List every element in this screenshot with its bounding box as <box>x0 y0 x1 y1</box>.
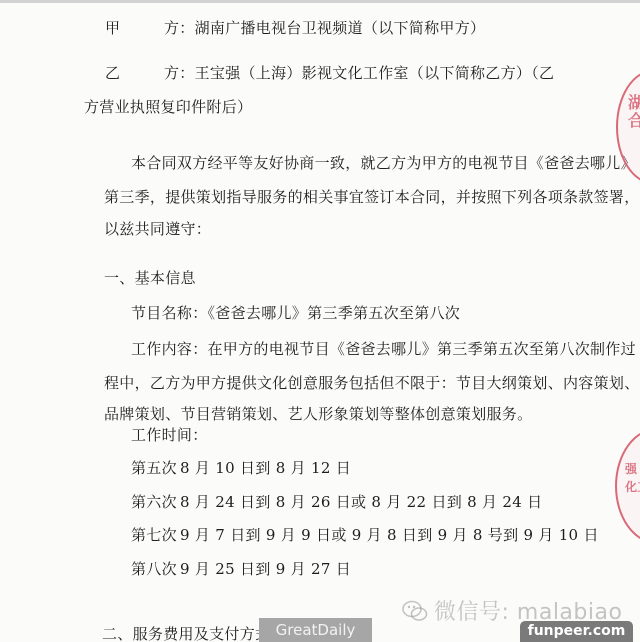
program-name: 节目名称：《爸爸去哪儿》第三季第五次至第八次 <box>131 303 460 323</box>
party-b-text: 方：王宝强（上海）影视文化工作室（以下简称乙方）（乙 <box>164 63 554 83</box>
section-1-heading: 一、基本信息 <box>104 268 196 288</box>
work-content-line-3: 品牌策划、节目营销策划、艺人形象策划等整体创意策划服务。 <box>104 404 532 424</box>
schedule-dates: 8 月 10 日到 8 月 12 日 <box>180 458 351 478</box>
schedule-session: 第六次 <box>131 492 177 512</box>
seal-top-text: 湖 合 <box>628 94 640 130</box>
preamble-line-1: 本合同双方经平等友好协商一致，就乙方为甲方的电视节目《爸爸去哪儿》 <box>131 153 636 173</box>
work-content-line-1: 工作内容：在甲方的电视节目《爸爸去哪儿》第三季第五次至第八次制作过 <box>131 339 636 359</box>
wechat-icon <box>402 600 428 622</box>
party-a-label: 甲 <box>105 18 120 38</box>
page-top-border <box>0 0 640 3</box>
schedule-dates: 9 月 25 日到 9 月 27 日 <box>180 559 351 579</box>
schedule-session: 第五次 <box>131 458 177 478</box>
section-2-heading: 二、服务费用及支付方式 <box>102 624 270 642</box>
schedule-dates: 9 月 7 日到 9 月 9 日或 9 月 8 日到 9 月 8 号到 9 月 … <box>180 525 599 545</box>
funpeer-badge: funpeer.com <box>520 621 633 642</box>
work-time-label: 工作时间： <box>131 425 208 445</box>
party-b-label: 乙 <box>105 63 120 83</box>
company-seal-bottom: 强 化工 <box>615 428 640 544</box>
schedule-dates: 8 月 24 日到 8 月 26 日或 8 月 22 日到 8 月 24 日 <box>180 492 542 512</box>
seal-bottom-text: 强 化工 <box>625 460 640 496</box>
party-b-continuation: 方营业执照复印件附后） <box>84 97 252 117</box>
preamble-line-2: 第三季，提供策划指导服务的相关事宜签订本合同，并按照下列各项条款签署， <box>104 187 640 207</box>
preamble-line-3: 以兹共同遵守： <box>104 219 211 239</box>
party-a-text: 方：湖南广播电视台卫视频道（以下简称甲方） <box>164 18 485 38</box>
work-content-line-2: 程中，乙方为甲方提供文化创意服务包括但不限于：节目大纲策划、内容策划、 <box>104 373 640 393</box>
schedule-session: 第八次 <box>131 559 177 579</box>
greatdaily-badge: GreatDaily <box>259 618 372 642</box>
schedule-session: 第七次 <box>131 525 177 545</box>
